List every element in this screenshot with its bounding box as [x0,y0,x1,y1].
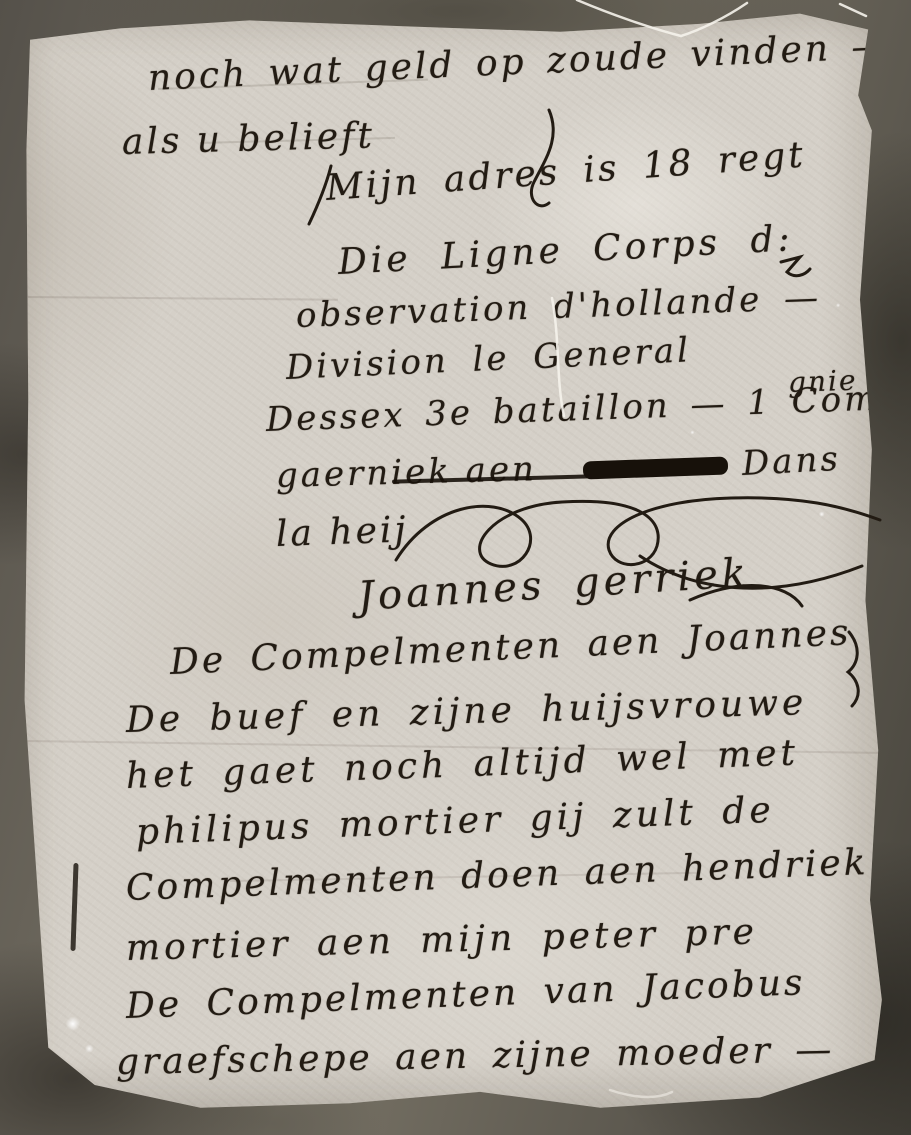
signature-line: Joannes gerriek [357,550,752,620]
handwritten-line: Die Ligne Corps d: [337,218,795,283]
ink-strikethrough-blot [583,456,729,479]
handwritten-line: De Compelmenten aen Joannes [169,612,852,683]
ink-stray-mark [70,863,78,951]
handwritten-line: philipus mortier gij zult de [135,790,775,853]
handwritten-line: De buef en zijne huijsvrouwe [125,682,807,741]
fold-crease [28,296,338,301]
letter-photograph: noch wat geld op zoude vinden — als u be… [0,0,911,1135]
handwritten-line: mortier aen mijn peter pre [125,911,758,969]
handwritten-line: Division le General [285,330,692,388]
handwritten-line: la heij [275,509,409,555]
handwritten-line: als u belieft [121,115,375,163]
handwritten-line: noch wat geld op zoude vinden — [147,26,891,99]
handwritten-line: Dans [741,439,842,484]
handwritten-line: De Compelmenten van Jacobus [125,962,806,1027]
handwritten-line: observation d'hollande — [295,278,821,336]
letter-paper: noch wat geld op zoude vinden — als u be… [0,0,911,1135]
handwritten-line: graefschepe aen zijne moeder — [116,1029,835,1083]
handwritten-line: Mijn adres is 18 regt [325,135,808,209]
handwritten-line: Compelmenten doen aen hendriek [125,842,869,909]
handwritten-line: gaerniek aen [275,449,537,496]
handwritten-line: Dessex 3e bataillon — 1 Compa [265,377,911,440]
